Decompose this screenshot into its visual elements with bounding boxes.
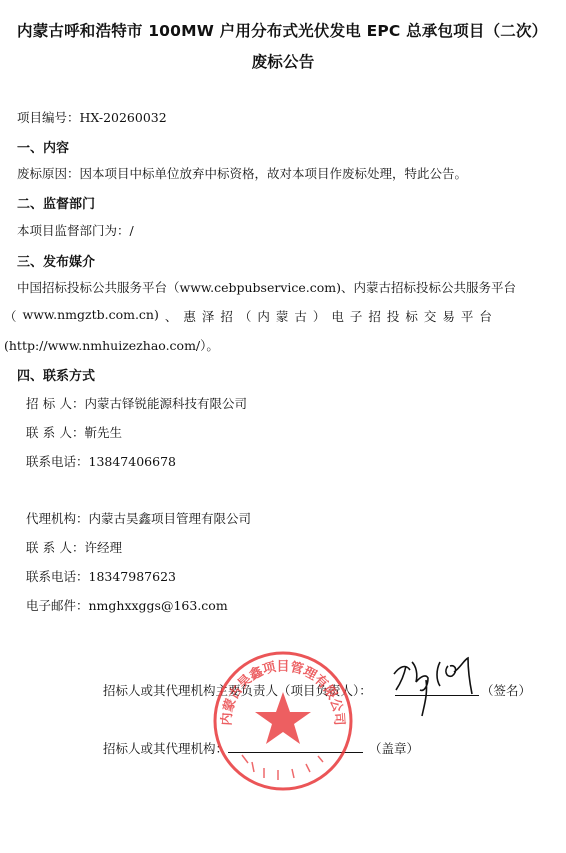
text-fragment: 子 [350,307,363,325]
tenderer-label: 招 标 人 [26,394,72,412]
signature-underline [395,695,479,696]
text-fragment: 招 [220,307,233,325]
label-char: 人 [59,538,72,556]
media-line-3: (http://www.nmhuizezhao.com/）。 [4,336,219,354]
text-fragment: 标 [405,307,418,325]
text-fragment: 古 [294,307,307,325]
section-heading-media: 三、发布媒介 [17,251,95,270]
label-char: 系 [43,423,56,441]
principal-signature-label: 招标人或其代理机构主要负责人（项目负责人）： [103,681,372,699]
label-char: 系 [43,538,56,556]
text-fragment: 易 [442,307,455,325]
label-char: 标 [43,394,56,412]
text-fragment: 内 [257,307,270,325]
text-fragment: www.nmgztb.com.cn) [23,307,159,325]
text-fragment: （ [4,307,17,325]
text-fragment: 交 [424,307,437,325]
contact-label: 联 系 人 [26,423,72,441]
text-fragment: 、 [165,307,178,325]
label-char: 人 [59,394,72,412]
text-fragment: 电 [331,307,344,325]
agency-phone: 联系电话：18347987623 [26,567,176,585]
tenderer-contact-name: ：靳先生 [72,425,122,440]
seal-suffix: （盖章） [369,739,419,757]
section-heading-contact: 四、联系方式 [17,365,95,384]
text-fragment: 投 [387,307,400,325]
void-reason: 废标原因：因本项目中标单位放弃中标资格，故对本项目作废标处理，特此公告。 [17,164,467,182]
tenderer-phone: 联系电话：13847406678 [26,452,176,470]
section-heading-content: 一、内容 [17,137,69,156]
agency-contact-name: ：许经理 [72,540,122,555]
contact-label: 联 系 人 [26,538,72,556]
tenderer-name: ：内蒙古铎锐能源科技有限公司 [72,396,247,411]
tenderer-row: 招 标 人 ：内蒙古铎锐能源科技有限公司 [26,394,247,412]
text-fragment: ） [313,307,326,325]
agency-email: 电子邮件：nmghxxggs@163.com [26,596,228,614]
agency-contact-row: 联 系 人 ：许经理 [26,538,122,556]
tenderer-contact-row: 联 系 人 ：靳先生 [26,423,122,441]
document-title-line2: 废标公告 [0,50,566,72]
seal-underline [228,752,363,753]
project-number: 项目编号：HX-20260032 [17,108,167,126]
label-char: 联 [26,423,39,441]
media-line-1: 中国招标投标公共服务平台（www.cebpubservice.com)、内蒙古招… [17,278,516,296]
text-fragment: 招 [368,307,381,325]
label-char: 联 [26,538,39,556]
seal-label: 招标人或其代理机构： [103,739,228,757]
text-fragment: 惠 [183,307,196,325]
agency-name: 代理机构：内蒙古昊鑫项目管理有限公司 [26,509,251,527]
label-char: 招 [26,394,39,412]
signature-suffix: （签名） [481,681,531,699]
label-char: 人 [59,423,72,441]
document-title-line1: 内蒙古呼和浩特市 100MW 户用分布式光伏发电 EPC 总承包项目（二次） [17,19,547,41]
text-fragment: 台 [479,307,492,325]
supervision-dept: 本项目监督部门为：/ [17,221,134,239]
text-fragment: 蒙 [276,307,289,325]
section-heading-supervision: 二、监督部门 [17,193,95,212]
media-line-2: （ www.nmgztb.com.cn) 、 惠 泽 招 （ 内 蒙 古 ） 电… [4,307,492,325]
handwritten-signature [388,644,488,724]
text-fragment: 泽 [202,307,215,325]
text-fragment: （ [239,307,252,325]
company-seal-stamp: 内蒙古昊鑫项目管理有限公司 [212,650,354,792]
text-fragment: 平 [461,307,474,325]
